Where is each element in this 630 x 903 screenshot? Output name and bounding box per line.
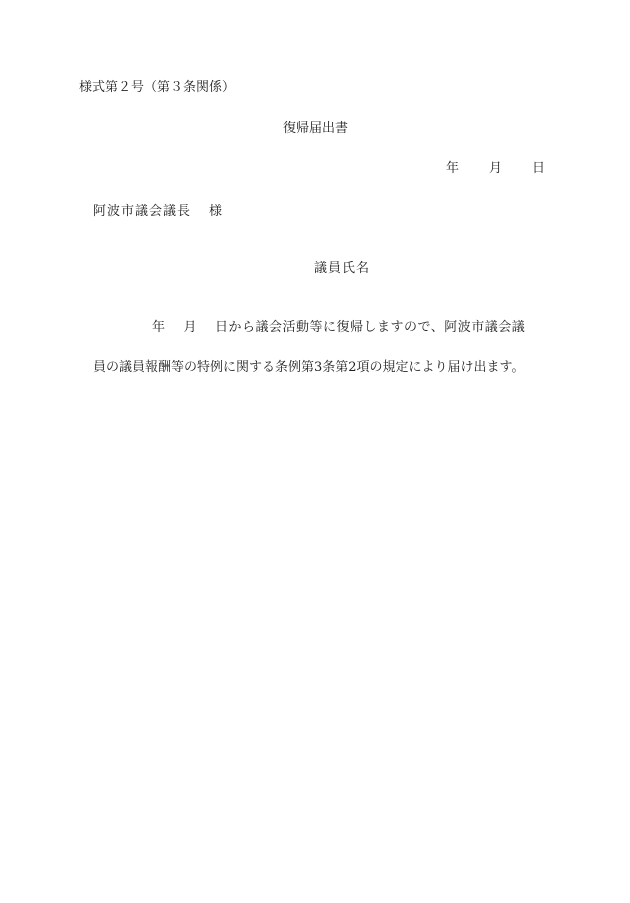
addressee: 阿波市議会議長様 [93,204,223,220]
form-number: 様式第２号（第３条関係） [79,80,235,96]
document-title: 復帰届出書 [283,121,348,137]
addressee-honorific: 様 [209,204,223,219]
body-year-label: 年 [152,320,166,335]
date-day-label: 日 [532,161,545,177]
date-year-label: 年 [446,161,459,177]
member-name-label: 議員氏名 [314,261,370,277]
body-line-2: 員の議員報酬等の特例に関する条例第3条第2項の規定により届け出ます。 [93,360,525,376]
date-line: 年月日 [446,161,545,177]
body-line-1: 年月日から議会活動等に復帰しますので、阿波市議会議 [152,320,525,336]
body-month-label: 月 [184,320,198,335]
addressee-name: 阿波市議会議長 [93,204,191,219]
body-line-1-text: 日から議会活動等に復帰しますので、阿波市議会議 [215,320,525,335]
date-month-label: 月 [489,161,502,177]
